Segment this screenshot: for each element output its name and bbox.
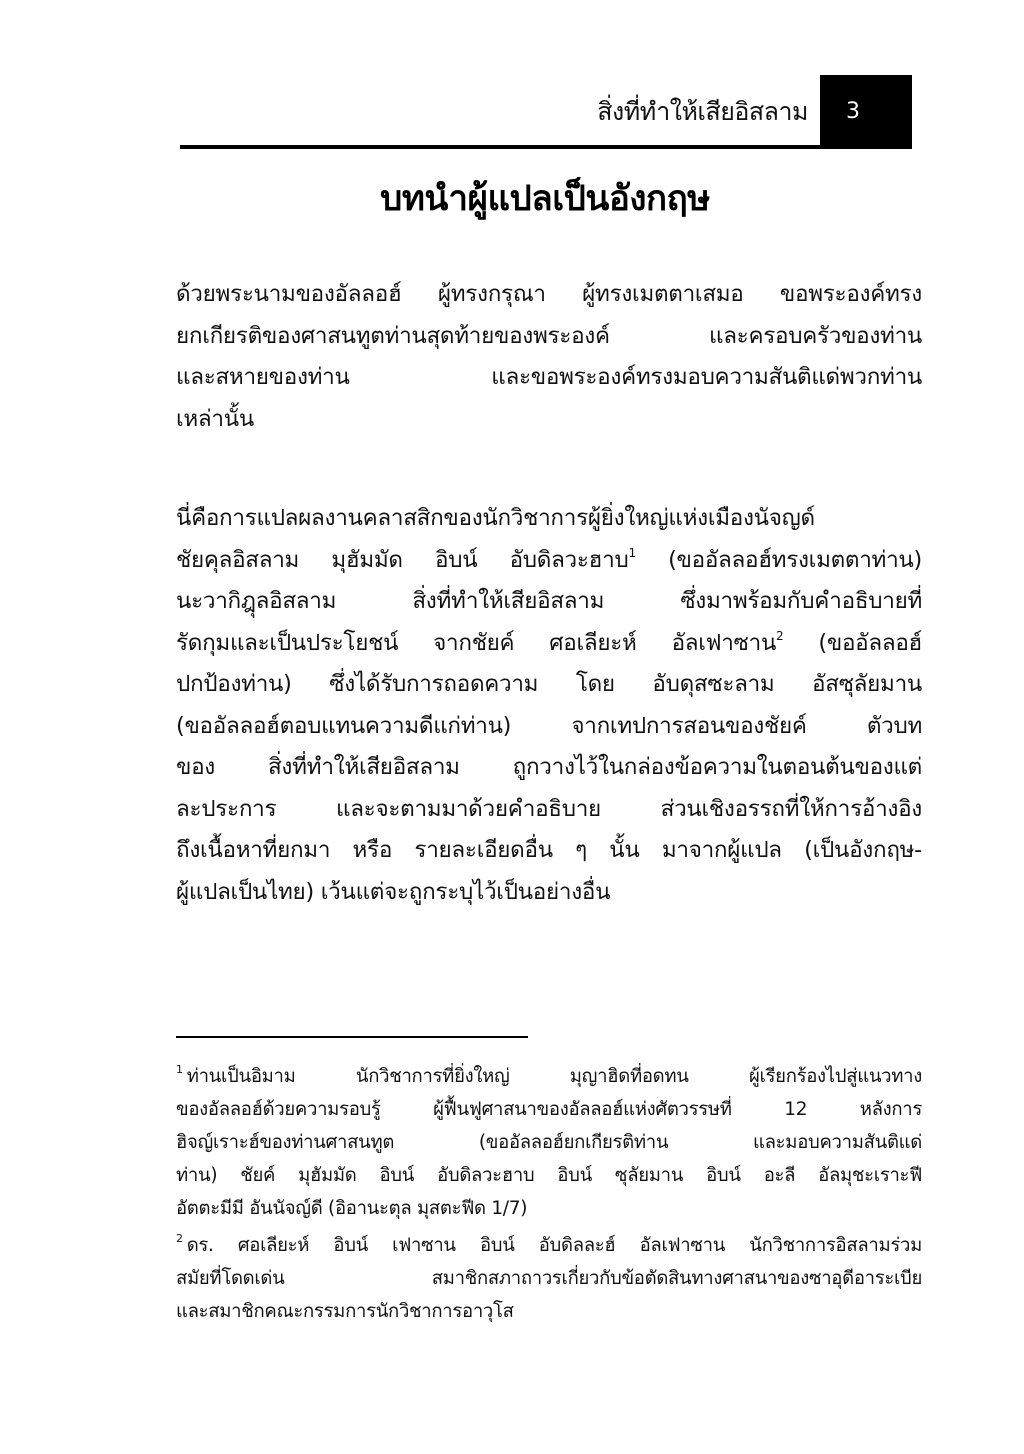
footnote-line: และสมาชิกคณะกรรมการนักวิชาการอาวุโส	[176, 1295, 922, 1328]
line-text: ปกป้องท่าน) ซึ่งได้รับการถอดความ โดย อับ…	[176, 671, 922, 697]
paragraph-line: ด้วยพระนามของอัลลอฮ์ ผู้ทรงกรุณา ผู้ทรงเ…	[176, 274, 922, 316]
running-header: สิ่งที่ทำให้เสียอิสลาม 3	[180, 75, 912, 149]
footnote-separator	[176, 1036, 528, 1038]
line-text: (ขออัลลอฮ์ตอบแทนความดีแก่ท่าน) จากเทปการ…	[176, 713, 922, 739]
footnote-line: 2ดร. ศอเลียะห์ อิบน์ เฟาซาน อิบน์ อับดิล…	[176, 1229, 922, 1262]
footnotes: 1ท่านเป็นอิมาม นักวิชาการที่ยิ่งใหญ่ มุญ…	[176, 1060, 922, 1332]
paragraph-line: ถึงเนื้อหาที่ยกมา หรือ รายละเอียดอื่น ๆ …	[176, 830, 922, 872]
paragraph-line: ชัยคุลอิสลาม มุฮัมมัด อิบน์ อับดิลวะฮาบ1…	[176, 540, 922, 582]
footnote-line: ของอัลลอฮ์ด้วยความรอบรู้ ผู้ฟื้นฟูศาสนาข…	[176, 1093, 922, 1126]
footnote-1: 1ท่านเป็นอิมาม นักวิชาการที่ยิ่งใหญ่ มุญ…	[176, 1060, 922, 1225]
footnote-line: อัตตะมีมี อันนัจญ์ดี (อิอานะตุล มุสตะฟีด…	[176, 1192, 922, 1225]
paragraph-line: ละประการ และจะตามมาด้วยคำอธิบาย ส่วนเชิง…	[176, 789, 922, 831]
footnote-line: สมัยที่โดดเด่น สมาชิกสภาถาวรเกี่ยวกับข้อ…	[176, 1262, 922, 1295]
paragraph-line: นะวากิฎุลอิสลาม สิ่งที่ทำให้เสียอิสลาม ซ…	[176, 581, 922, 623]
footnote-line: ฮิจญ์เราะฮ์ของท่านศาสนทูต (ขออัลลอฮ์ยกเก…	[176, 1126, 922, 1159]
line-text: ของ สิ่งที่ทำให้เสียอิสลาม ถูกวางไว้ในกล…	[176, 754, 922, 780]
line-text: ดร. ศอเลียะห์ อิบน์ เฟาซาน อิบน์ อับดิลล…	[187, 1235, 922, 1256]
page-number: 3	[846, 99, 860, 124]
footnote-number: 2	[176, 1232, 183, 1245]
line-text: ผู้แปลเป็นไทย) เว้นแต่จะถูกระบุไว้เป็นอย…	[176, 879, 610, 905]
paragraph-line: และสหายของท่าน และขอพระองค์ทรงมอบความสัน…	[176, 357, 922, 399]
chapter-title: บทนำผู้แปลเป็นอังกฤษ	[0, 172, 1024, 226]
paragraph-line: ผู้แปลเป็นไทย) เว้นแต่จะถูกระบุไว้เป็นอย…	[176, 872, 922, 914]
line-text: นะวากิฎุลอิสลาม สิ่งที่ทำให้เสียอิสลาม ซ…	[176, 588, 922, 614]
line-text: (ขออัลลอฮ์ทรงเมตตาท่าน)	[636, 547, 922, 573]
running-header-title: สิ่งที่ทำให้เสียอิสลาม	[597, 95, 808, 129]
line-text: ถึงเนื้อหาที่ยกมา หรือ รายละเอียดอื่น ๆ …	[176, 837, 922, 863]
line-text: ท่านเป็นอิมาม นักวิชาการที่ยิ่งใหญ่ มุญา…	[187, 1066, 922, 1087]
header-rule	[180, 145, 912, 149]
paragraph-line: ปกป้องท่าน) ซึ่งได้รับการถอดความ โดย อับ…	[176, 664, 922, 706]
line-text: ชัยคุลอิสลาม มุฮัมมัด อิบน์ อับดิลวะฮาบ	[176, 547, 628, 573]
paragraph-line: นี่คือการแปลผลงานคลาสสิกของนักวิชาการผู้…	[176, 498, 922, 540]
paragraph-line: ยกเกียรติของศาสนทูตท่านสุดท้ายของพระองค์…	[176, 316, 922, 358]
paragraph-1: ด้วยพระนามของอัลลอฮ์ ผู้ทรงกรุณา ผู้ทรงเ…	[176, 274, 922, 440]
page-number-box: 3	[820, 75, 912, 148]
footnote-2: 2ดร. ศอเลียะห์ อิบน์ เฟาซาน อิบน์ อับดิล…	[176, 1229, 922, 1328]
line-text: (ขออัลลอฮ์	[783, 630, 922, 656]
line-text: ละประการ และจะตามมาด้วยคำอธิบาย ส่วนเชิง…	[176, 796, 922, 822]
footnote-number: 1	[176, 1063, 183, 1076]
footnote-reference-1[interactable]: 1	[628, 546, 635, 560]
footnote-line: 1ท่านเป็นอิมาม นักวิชาการที่ยิ่งใหญ่ มุญ…	[176, 1060, 922, 1093]
paragraph-line: (ขออัลลอฮ์ตอบแทนความดีแก่ท่าน) จากเทปการ…	[176, 706, 922, 748]
line-text: นี่คือการแปลผลงานคลาสสิกของนักวิชาการผู้…	[176, 505, 815, 531]
line-text: รัดกุมและเป็นประโยชน์ จากชัยค์ ศอเลียะห์…	[176, 630, 776, 656]
footnote-line: ท่าน) ชัยค์ มุฮัมมัด อิบน์ อับดิลวะฮาบ อ…	[176, 1159, 922, 1192]
paragraph-line: รัดกุมและเป็นประโยชน์ จากชัยค์ ศอเลียะห์…	[176, 623, 922, 665]
paragraph-2: นี่คือการแปลผลงานคลาสสิกของนักวิชาการผู้…	[176, 498, 922, 913]
paragraph-line: ของ สิ่งที่ทำให้เสียอิสลาม ถูกวางไว้ในกล…	[176, 747, 922, 789]
paragraph-line: เหล่านั้น	[176, 399, 922, 441]
